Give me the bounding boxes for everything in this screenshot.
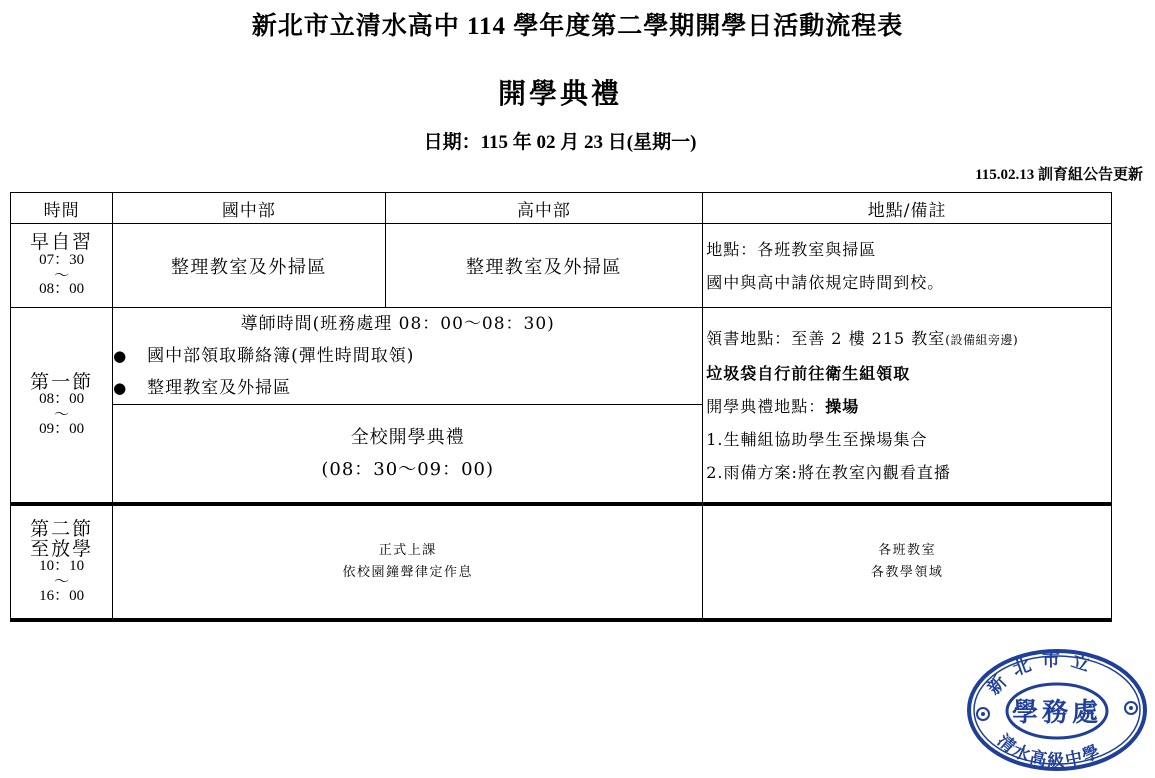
header-time: 時間 — [11, 193, 113, 224]
period-label: 第一節 — [11, 373, 112, 393]
note-line: 1.生輔組協助學生至操場集合 — [706, 423, 1111, 456]
location-cell: 各班教室 各教學領域 — [703, 504, 1112, 620]
homeroom-block: 導師時間(班務處理 08：00～08：30) ● 國中部領取聯絡簿(彈性時間取領… — [113, 308, 703, 405]
ceremony-block: 全校開學典禮 (08：30～09：00) — [113, 405, 703, 505]
ceremony-location-label: 開學典禮地點： — [706, 397, 825, 416]
note-line: 垃圾袋自行前往衛生組領取 — [706, 357, 1111, 390]
junior-high-activity: 整理教室及外掃區 — [113, 224, 385, 308]
event-date: 日期：115 年 02 月 23 日(星期一) — [0, 127, 1120, 154]
table-row-morning-study: 早自習 07：30 ～ 08：00 整理教室及外掃區 整理教室及外掃區 地點：各… — [11, 224, 1112, 308]
bullet-text: 整理教室及外掃區 — [147, 372, 291, 404]
activity-cell: 正式上課 依校園鐘聲律定作息 — [113, 504, 703, 620]
location-line: 各班教室 — [703, 540, 1111, 562]
table-row-second-period: 第二節 至放學 10：10 ～ 16：00 正式上課 依校園鐘聲律定作息 各班教… — [11, 504, 1112, 620]
period-label: 第二節 — [11, 520, 112, 540]
end-time: 16：00 — [11, 589, 112, 605]
note-line: 地點：各班教室與掃區 — [706, 233, 1111, 266]
notes-cell: 地點：各班教室與掃區 國中與高中請依規定時間到校。 — [703, 224, 1112, 308]
location-line: 各教學領域 — [703, 562, 1111, 584]
header-junior-high: 國中部 — [113, 193, 385, 224]
office-seal-icon: 新北市立 學務處 清水高級中學 — [966, 648, 1148, 772]
document-title: 新北市立清水高中 114 學年度第二學期開學日活動流程表 — [0, 6, 1155, 42]
note-line: 國中與高中請依規定時間到校。 — [706, 266, 1111, 299]
document-subtitle: 開學典禮 — [0, 72, 1120, 112]
header-senior-high: 高中部 — [385, 193, 703, 224]
homeroom-time: 導師時間(班務處理 08：00～08：30) — [113, 308, 702, 340]
period-label: 至放學 — [11, 540, 112, 560]
update-note: 115.02.13 訓育組公告更新 — [975, 163, 1143, 184]
note-line: 開學典禮地點：操場 — [706, 390, 1111, 423]
activity-line: 正式上課 — [113, 540, 702, 562]
stamp-center-text: 學務處 — [1012, 698, 1102, 728]
bullet-item: ● 國中部領取聯絡簿(彈性時間取領) — [113, 340, 702, 372]
svg-text:新北市立: 新北市立 — [983, 649, 1102, 699]
time-cell: 第二節 至放學 10：10 ～ 16：00 — [11, 504, 113, 620]
tilde: ～ — [11, 269, 112, 283]
note-line: 領書地點：至善 2 樓 215 教室(設備組旁邊) — [706, 322, 1111, 357]
note-line: 2.雨備方案:將在教室內觀看直播 — [706, 456, 1111, 489]
senior-high-activity: 整理教室及外掃區 — [385, 224, 703, 308]
ceremony-title: 全校開學典禮 — [113, 422, 702, 454]
bullet-item: ● 整理教室及外掃區 — [113, 372, 702, 404]
bullet-icon: ● — [113, 372, 147, 404]
bullet-icon: ● — [113, 340, 147, 372]
end-time: 09：00 — [11, 422, 112, 438]
ceremony-time: (08：30～09：00) — [113, 454, 702, 486]
ceremony-location: 操場 — [825, 397, 859, 416]
end-time: 08：00 — [11, 282, 112, 298]
time-cell: 第一節 08：00 ～ 09：00 — [11, 308, 113, 505]
bullet-text: 國中部領取聯絡簿(彈性時間取領) — [147, 340, 414, 372]
header-row: 時間 國中部 高中部 地點/備註 — [11, 193, 1112, 224]
schedule-table: 時間 國中部 高中部 地點/備註 早自習 07：30 ～ 08：00 整理教室及… — [10, 192, 1112, 622]
tilde: ～ — [11, 575, 112, 589]
notes-cell: 領書地點：至善 2 樓 215 教室(設備組旁邊) 垃圾袋自行前往衛生組領取 開… — [703, 308, 1112, 505]
time-cell: 早自習 07：30 ～ 08：00 — [11, 224, 113, 308]
stamp-top-text: 新北市立 — [983, 649, 1102, 699]
activity-line: 依校園鐘聲律定作息 — [113, 562, 702, 584]
header-location-notes: 地點/備註 — [703, 193, 1112, 224]
book-pickup-location: 領書地點：至善 2 樓 215 教室 — [706, 329, 945, 348]
tilde: ～ — [11, 408, 112, 422]
book-pickup-hint: (設備組旁邊) — [945, 333, 1018, 347]
period-label: 早自習 — [11, 233, 112, 253]
table-row-first-period-top: 第一節 08：00 ～ 09：00 導師時間(班務處理 08：00～08：30)… — [11, 308, 1112, 405]
